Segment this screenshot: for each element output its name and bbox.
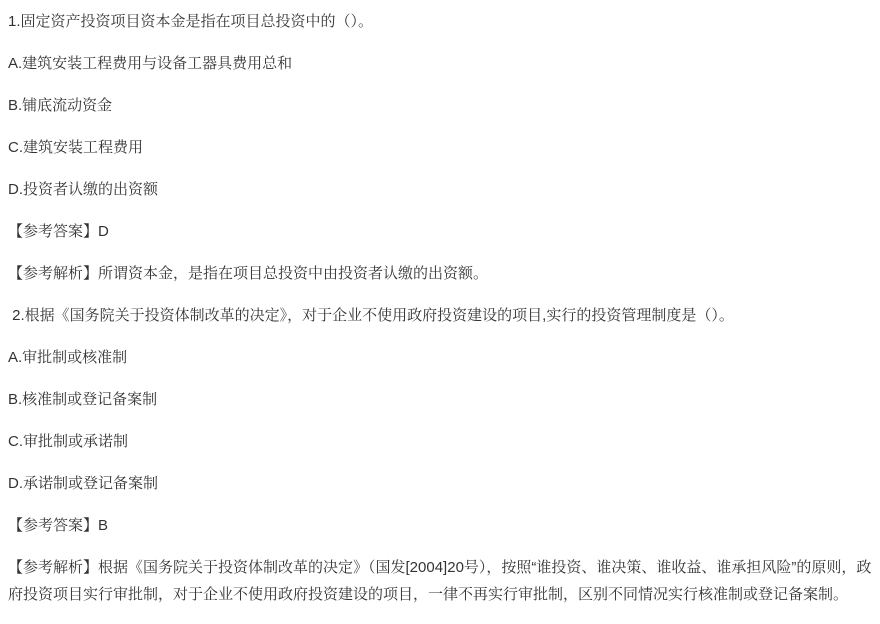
analysis-label: 【参考解析】 xyxy=(8,265,98,282)
analysis-text: 所谓资本金，是指在项目总投资中由投资者认缴的出资额。 xyxy=(98,265,488,282)
question-1-option-b: B.铺底流动资金 xyxy=(8,92,872,119)
question-2-option-d: D.承诺制或登记备案制 xyxy=(8,470,872,497)
question-2-option-a: A.审批制或核准制 xyxy=(8,344,872,371)
question-1-option-c: C.建筑安装工程费用 xyxy=(8,134,872,161)
question-2-answer-line: 【参考答案】B xyxy=(8,512,872,539)
question-1-option-a: A.建筑安装工程费用与设备工器具费用总和 xyxy=(8,50,872,77)
answer-value: B xyxy=(98,517,108,534)
question-2-analysis-line: 【参考解析】根据《国务院关于投资体制改革的决定》（国发[2004]20号），按照… xyxy=(8,554,872,608)
question-1-answer-line: 【参考答案】D xyxy=(8,218,872,245)
question-2-option-c: C.审批制或承诺制 xyxy=(8,428,872,455)
question-2-option-b: B.核准制或登记备案制 xyxy=(8,386,872,413)
exam-document: 1.固定资产投资项目资本金是指在项目总投资中的（）。 A.建筑安装工程费用与设备… xyxy=(0,0,880,608)
analysis-label: 【参考解析】 xyxy=(8,559,98,576)
question-1-stem: 1.固定资产投资项目资本金是指在项目总投资中的（）。 xyxy=(8,8,872,35)
question-2-stem: 2.根据《国务院关于投资体制改革的决定》，对于企业不使用政府投资建设的项目,实行… xyxy=(8,302,872,329)
question-1-analysis-line: 【参考解析】所谓资本金，是指在项目总投资中由投资者认缴的出资额。 xyxy=(8,260,872,287)
answer-label: 【参考答案】 xyxy=(8,517,98,534)
answer-value: D xyxy=(98,223,109,240)
question-1-option-d: D.投资者认缴的出资额 xyxy=(8,176,872,203)
answer-label: 【参考答案】 xyxy=(8,223,98,240)
analysis-text: 根据《国务院关于投资体制改革的决定》（国发[2004]20号），按照“谁投资、谁… xyxy=(8,559,871,603)
